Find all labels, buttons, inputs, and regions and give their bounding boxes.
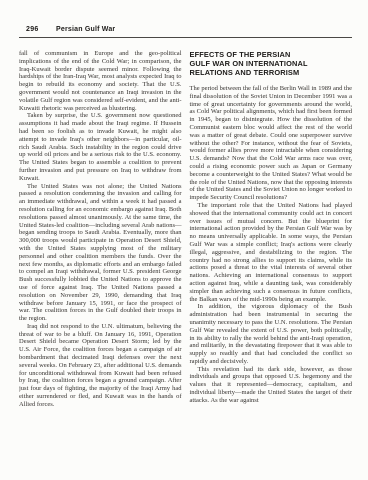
paragraph: Iraq did not respond to the U.N. ultimat… (19, 323, 182, 409)
section-heading-line: RELATIONS AND TERRORISM (190, 68, 353, 77)
page-number: 296 (26, 26, 56, 33)
page-header: 296 Persian Gulf War (19, 26, 352, 33)
text-columns: fall of communism in Europe and the geo-… (19, 50, 352, 450)
left-column: fall of communism in Europe and the geo-… (19, 50, 182, 450)
paragraph-continuation: fall of communism in Europe and the geo-… (19, 50, 182, 112)
book-page: 296 Persian Gulf War fall of communism i… (0, 0, 368, 480)
paragraph: This revelation had its dark side, howev… (190, 366, 353, 405)
paragraph: In addition, the vigorous diplomacy of t… (190, 303, 353, 365)
paragraph: The United States was not alone; the Uni… (19, 183, 182, 323)
section-heading-line: GULF WAR ON INTERNATIONAL (190, 59, 353, 68)
paragraph: The important role that the United Natio… (190, 202, 353, 303)
running-title: Persian Gulf War (56, 26, 115, 33)
paragraph: Taken by surprise, the U.S. government n… (19, 112, 182, 182)
section-heading: EFFECTS OF THE PERSIAN GULF WAR ON INTER… (190, 50, 353, 77)
header-rule (19, 37, 352, 38)
section-heading-line: EFFECTS OF THE PERSIAN (190, 50, 353, 59)
paragraph: The period between the fall of the Berli… (190, 85, 353, 202)
right-column: EFFECTS OF THE PERSIAN GULF WAR ON INTER… (190, 50, 353, 450)
